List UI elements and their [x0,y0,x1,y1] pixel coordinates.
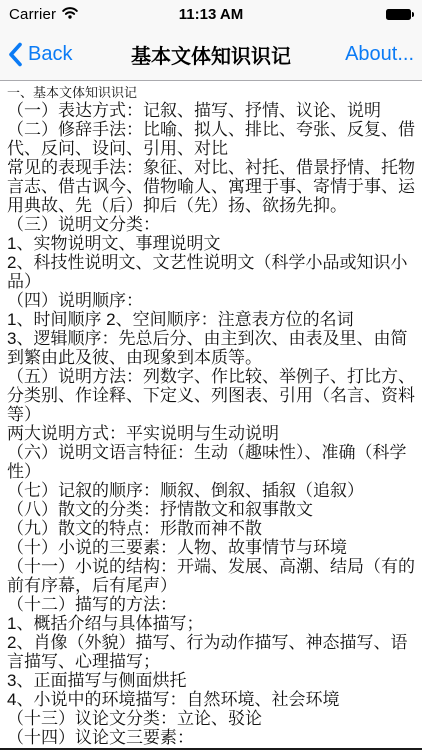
content-paragraph: （一）表达方式：记叙、描写、抒情、议论、说明 [7,101,415,120]
content-paragraph: （二）修辞手法：比喻、拟人、排比、夸张、反复、借代、反问、设问、引用、对比 [7,120,415,158]
content-paragraph: 2、肖像（外貌）描写、行为动作描写、神态描写、语言描写、心理描写； [7,633,415,671]
back-button[interactable]: Back [8,42,72,67]
content-paragraph: 2、科技性说明文、文艺性说明文（科学小品或知识小品） [7,253,415,291]
content-paragraph: 3、逻辑顺序：先总后分、由主到次、由表及里、由简到繁由此及彼、由现象到本质等。 [7,329,415,367]
status-bar-right [386,9,413,20]
back-chevron-icon [8,42,22,67]
content-paragraph: （八）散文的分类：抒情散文和叙事散文 [7,500,415,519]
content-paragraph: （十一）小说的结构：开端、发展、高潮、结局（有的前有序幕，后有尾声） [7,557,415,595]
content-paragraph: （十二）描写的方法： [7,595,415,614]
content-paragraph: 3、正面描写与侧面烘托 [7,671,415,690]
navigation-bar: Back 基本文体知识识记 About... [0,28,422,81]
content-paragraph: （十）小说的三要素：人物、故事情节与环境 [7,538,415,557]
content-paragraph: （七）记叙的顺序：顺叙、倒叙、插叙（追叙） [7,481,415,500]
content-paragraph: （九）散文的特点：形散而神不散 [7,519,415,538]
content-paragraph: （十三）议论文分类：立论、驳论 [7,709,415,728]
content-paragraph: 1、时间顺序 2、空间顺序：注意表方位的名词 [7,310,415,329]
content-paragraph: （六）说明文语言特征：生动（趣味性）、准确（科学性） [7,443,415,481]
status-bar: Carrier 11:13 AM [0,0,422,28]
content-paragraph: （十四）议论文三要素： [7,728,415,747]
content-paragraph: （五）说明方法：列数字、作比较、举例子、打比方、分类别、作诠释、下定义、列图表、… [7,367,415,424]
content-paragraph: 1、实物说明文、事理说明文 [7,234,415,253]
top-bars: Carrier 11:13 AM [0,0,422,81]
content-heading: 一、基本文体知识识记 [7,84,415,101]
about-button[interactable]: About... [345,43,414,66]
back-button-label: Back [28,43,72,66]
content-paragraph: 两大说明方式：平实说明与生动说明 [7,424,415,443]
content-scroll-area[interactable]: 一、基本文体知识识记 （一）表达方式：记叙、描写、抒情、议论、说明（二）修辞手法… [0,81,422,747]
app-window: Carrier 11:13 AM [0,0,422,750]
content-paragraph: 1、概括介绍与具体描写； [7,614,415,633]
content-paragraph: 4、小说中的环境描写：自然环境、社会环境 [7,690,415,709]
content-paragraph: （四）说明顺序： [7,291,415,310]
content-paragraph: 常见的表现手法：象征、对比、衬托、借景抒情、托物言志、借古讽今、借物喻人、寓理于… [7,158,415,215]
battery-icon [386,9,411,20]
clock: 11:13 AM [0,6,422,23]
content-paragraph: （三）说明文分类： [7,215,415,234]
